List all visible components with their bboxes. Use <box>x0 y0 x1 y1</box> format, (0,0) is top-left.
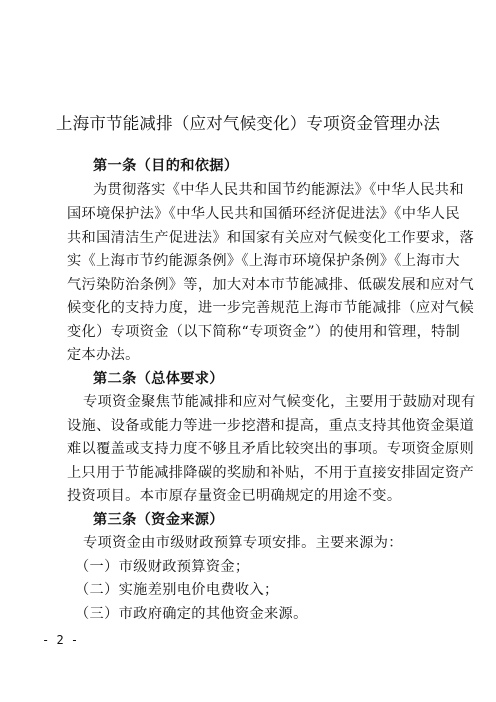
article-3-item: （二）实施差别电价电费收入； <box>75 579 279 599</box>
article-1-line: 变化）专项资金（以下简称“专项资金”）的使用和管理，特制 <box>67 321 460 341</box>
article-3-heading: 第三条（资金来源） <box>93 509 224 529</box>
article-1-line: 定本办法。 <box>67 344 140 364</box>
article-2-line: 设施、设备或能力等进一步挖潜和提高，重点支持其他资金渠道 <box>67 415 474 435</box>
article-1-line: 气污染防治条例》等，加大对本市节能减排、低碳发展和应对气 <box>67 274 474 294</box>
article-2-line: 难以覆盖或支持力度不够且矛盾比较突出的事项。专项资金原则 <box>67 438 474 458</box>
document-page: 上海市节能减排（应对气候变化）专项资金管理办法 第一条（目的和依据） 为贯彻落实… <box>0 0 496 702</box>
article-3-item: （三）市政府确定的其他资金来源。 <box>75 603 308 623</box>
article-2-line: 投资项目。本市原存量资金已明确规定的用途不变。 <box>67 485 401 505</box>
article-1-heading: 第一条（目的和依据） <box>93 155 238 175</box>
article-3-item: （一）市级财政预算资金； <box>75 556 249 576</box>
article-2-line: 专项资金聚焦节能减排和应对气候变化，主要用于鼓励对现有 <box>83 391 476 411</box>
page-number: - 2 - <box>42 633 78 647</box>
article-2-line: 上只用于节能减排降碳的奖励和补贴，不用于直接安排固定资产 <box>67 462 474 482</box>
article-2-heading: 第二条（总体要求） <box>93 368 224 388</box>
document-title: 上海市节能减排（应对气候变化）专项资金管理办法 <box>0 110 496 134</box>
article-1-line: 候变化的支持力度，进一步完善规范上海市节能减排（应对气候 <box>67 297 474 317</box>
article-1-line: 国环境保护法》《中华人民共和国循环经济促进法》《中华人民 <box>67 203 460 223</box>
article-1-line: 共和国清洁生产促进法》和国家有关应对气候变化工作要求，落 <box>67 227 474 247</box>
article-1-line: 实《上海市节约能源条例》《上海市环境保护条例》《上海市大 <box>67 250 460 270</box>
article-3-line: 专项资金由市级财政预算专项安排。主要来源为： <box>83 532 403 552</box>
article-1-line: 为贯彻落实《中华人民共和国节约能源法》《中华人民共和 <box>93 179 464 199</box>
